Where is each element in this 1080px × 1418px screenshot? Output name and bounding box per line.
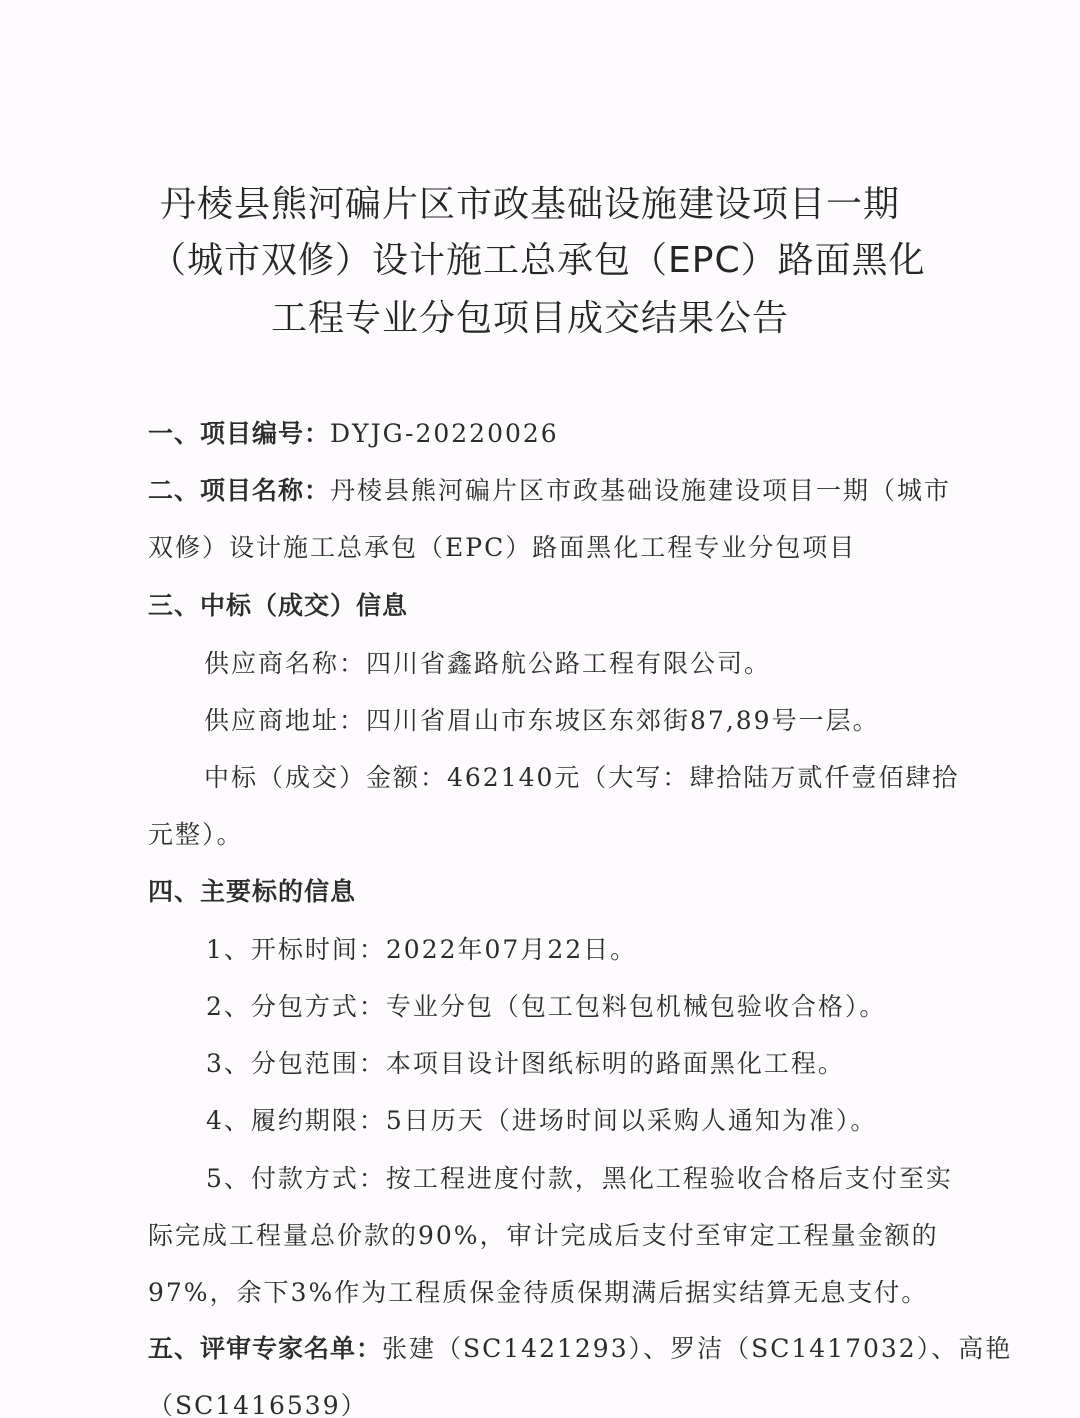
supplier-name: 供应商名称：四川省鑫路航公路工程有限公司。 bbox=[204, 644, 771, 680]
performance-period: 4、履约期限：5日历天（进场时间以采购人通知为准）。 bbox=[206, 1101, 877, 1137]
bid-opening-time: 1、开标时间：2022年07月22日。 bbox=[206, 930, 637, 966]
section-experts: 五、评审专家名单：张建（SC1421293）、罗洁（SC1417032）、高艳 bbox=[148, 1329, 1012, 1365]
subcontract-method: 2、分包方式：专业分包（包工包料包机械包验收合格）。 bbox=[206, 987, 886, 1023]
project-name-value-line-1: 丹棱县熊河碥片区市政基础设施建设项目一期（城市 bbox=[330, 476, 951, 505]
section-project-name: 二、项目名称：丹棱县熊河碥片区市政基础设施建设项目一期（城市 bbox=[148, 471, 951, 507]
document-title-line-2: （城市双修）设计施工总承包（EPC）路面黑化 bbox=[150, 232, 910, 283]
project-number-value: DYJG-20220026 bbox=[330, 419, 559, 448]
award-amount-line-2: 元整）。 bbox=[148, 815, 244, 851]
payment-method-line-3: 97%，余下3%作为工程质保金待质保期满后据实结算无息支付。 bbox=[148, 1273, 928, 1309]
project-name-label: 二、项目名称： bbox=[148, 476, 330, 505]
project-number-label: 一、项目编号： bbox=[148, 419, 330, 448]
supplier-address: 供应商地址：四川省眉山市东坡区东郊街87,89号一层。 bbox=[204, 701, 880, 737]
section-project-number: 一、项目编号：DYJG-20220026 bbox=[148, 414, 559, 450]
section-award-heading: 三、中标（成交）信息 bbox=[148, 586, 408, 622]
section-main-info-heading: 四、主要标的信息 bbox=[148, 872, 356, 908]
award-amount-line-1: 中标（成交）金额：462140元（大写：肆拾陆万贰仟壹佰肆拾 bbox=[204, 758, 959, 794]
announcement-page: 丹棱县熊河碥片区市政基础设施建设项目一期 （城市双修）设计施工总承包（EPC）路… bbox=[0, 0, 1080, 1418]
document-title-line-1: 丹棱县熊河碥片区市政基础设施建设项目一期 bbox=[150, 176, 910, 227]
project-name-value-line-2: 双修）设计施工总承包（EPC）路面黑化工程专业分包项目 bbox=[148, 528, 856, 564]
payment-method-line-2: 际完成工程量总价款的90%，审计完成后支付至审定工程量金额的 bbox=[148, 1216, 939, 1252]
experts-label: 五、评审专家名单： bbox=[148, 1334, 382, 1363]
payment-method-line-1: 5、付款方式：按工程进度付款，黑化工程验收合格后支付至实 bbox=[206, 1159, 953, 1195]
experts-value-line-1: 张建（SC1421293）、罗洁（SC1417032）、高艳 bbox=[382, 1334, 1012, 1363]
subcontract-scope: 3、分包范围：本项目设计图纸标明的路面黑化工程。 bbox=[206, 1044, 845, 1080]
experts-value-line-2: （SC1416539） bbox=[148, 1386, 368, 1418]
document-title-line-3: 工程专业分包项目成交结果公告 bbox=[150, 290, 910, 341]
